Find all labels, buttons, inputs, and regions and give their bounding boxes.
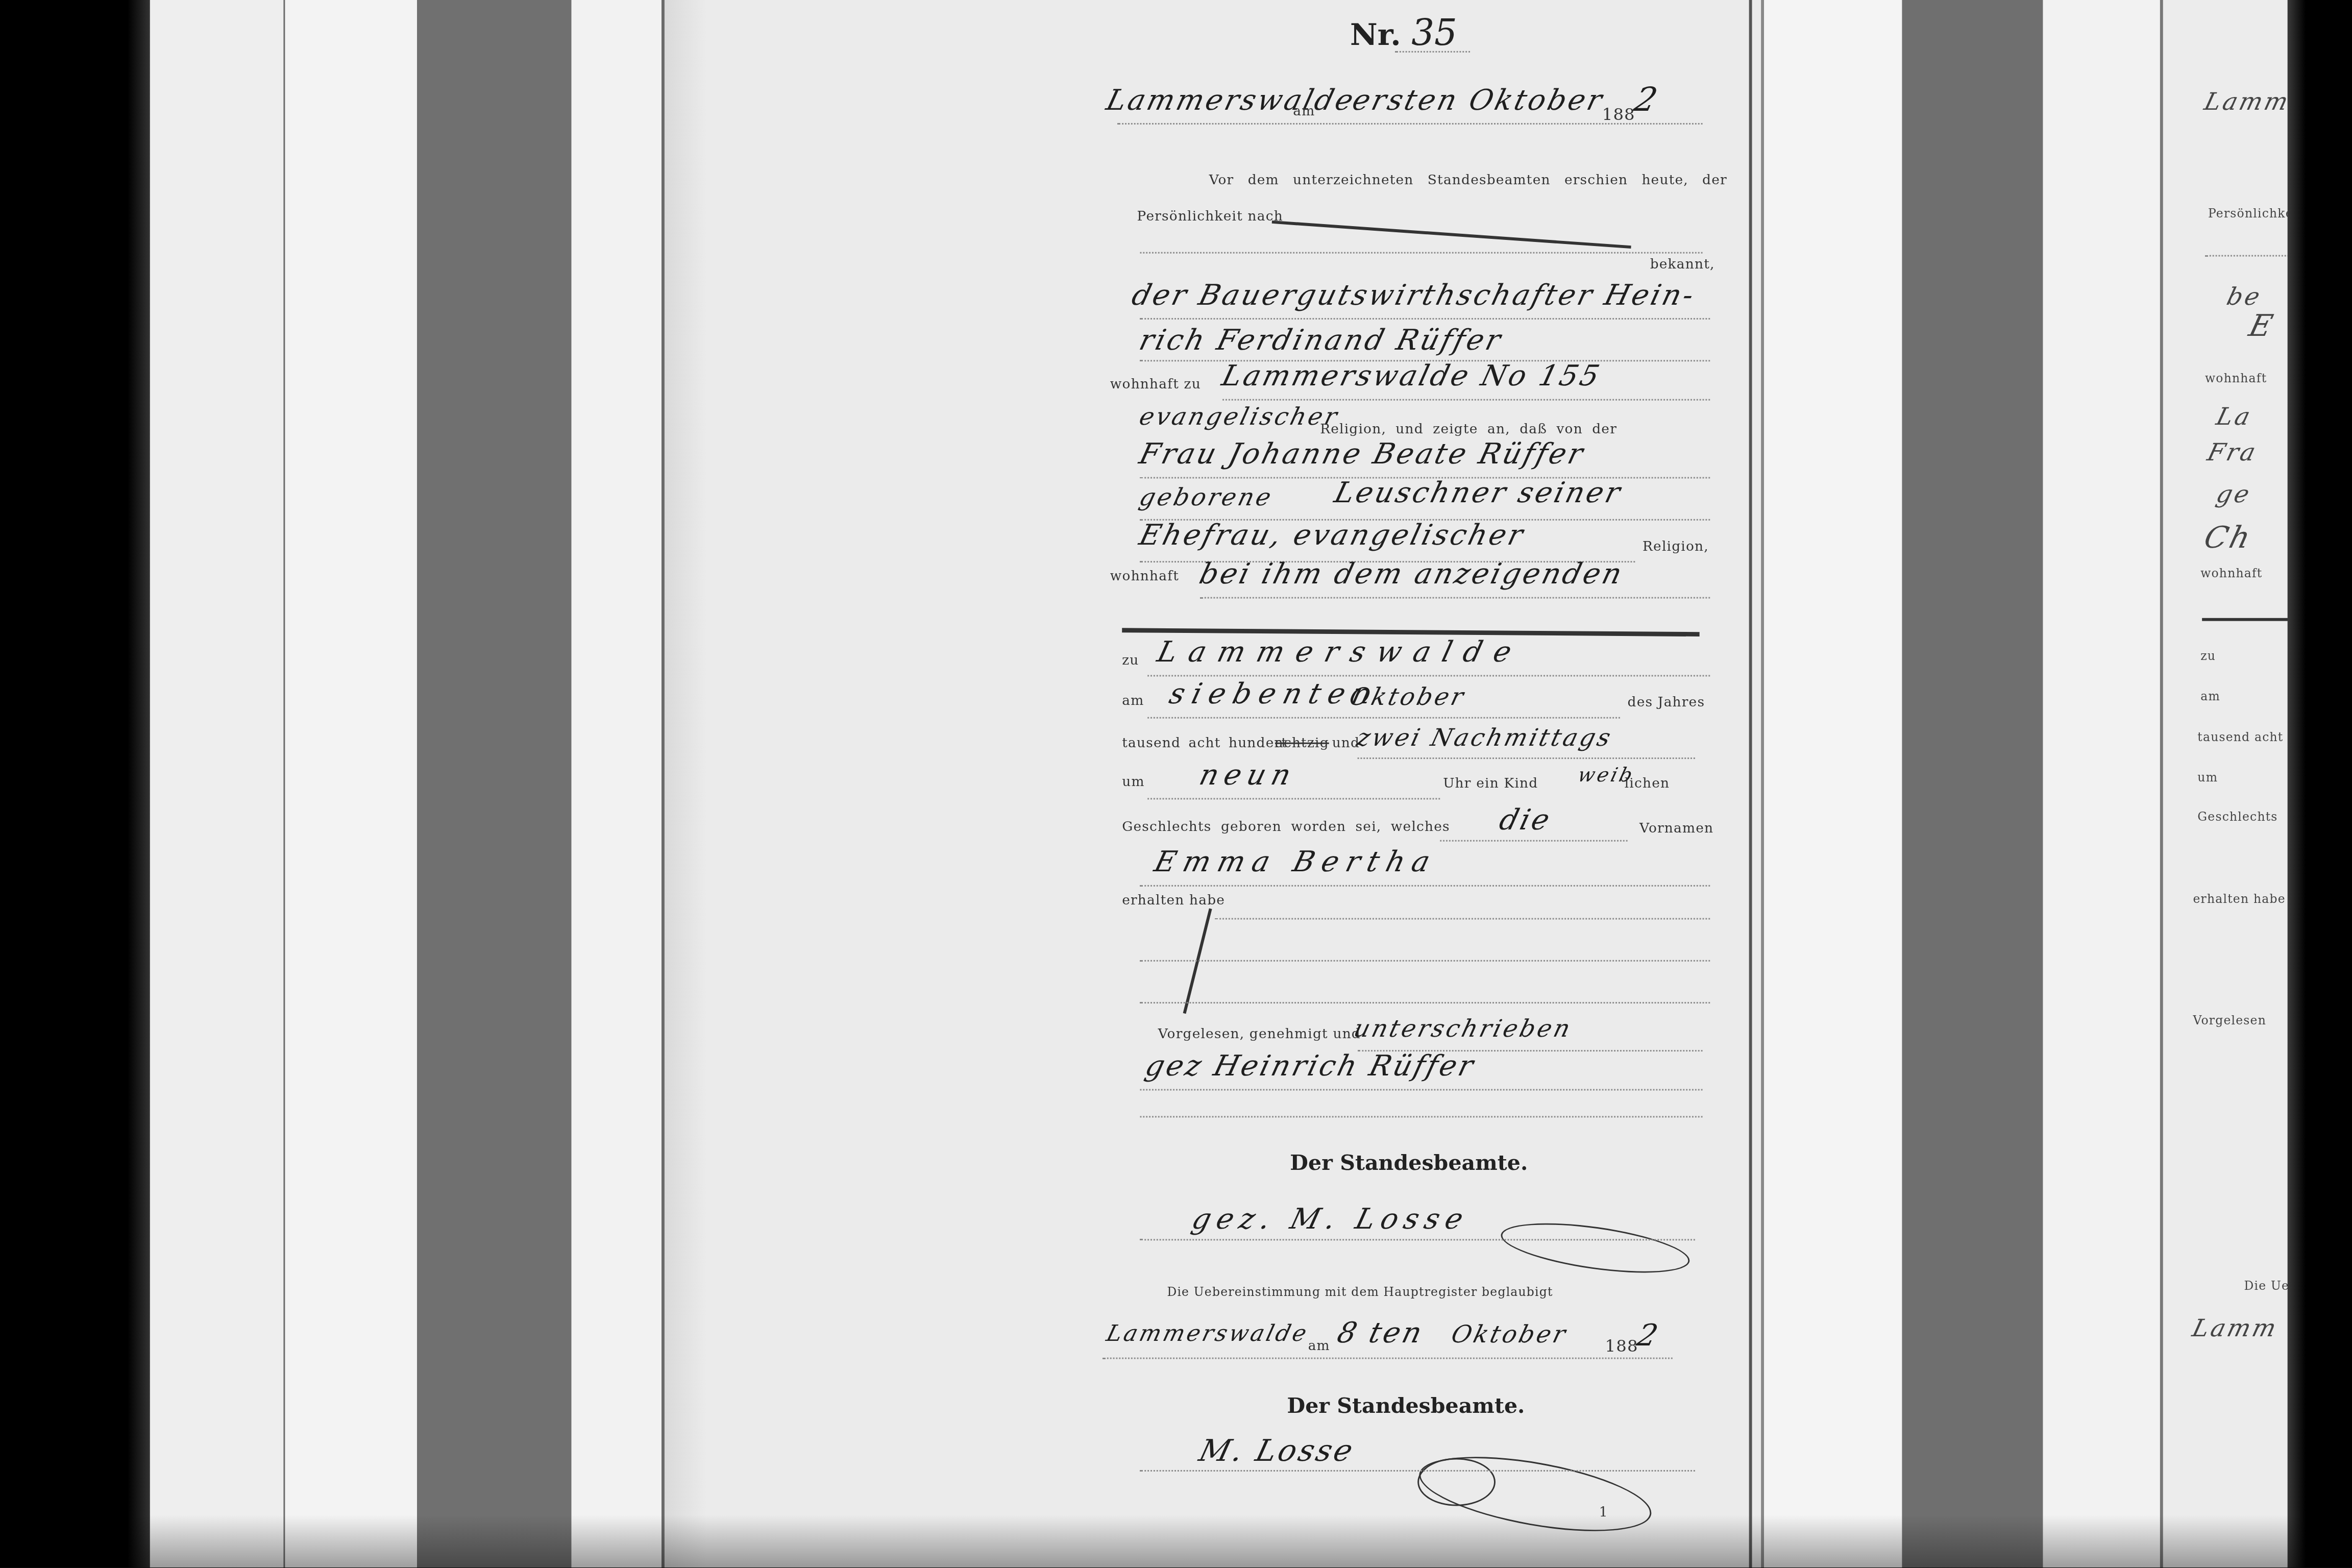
page-margin-strip bbox=[1764, 0, 1902, 1567]
year-words-value: zwei Nachmittags bbox=[1354, 723, 1616, 752]
adjacent-hand-fragment: ge bbox=[2214, 480, 2255, 508]
religion-value: evangelischer bbox=[1137, 402, 1342, 431]
header-date: ersten Oktober bbox=[1349, 84, 1608, 117]
identity-label: Persönlichkeit nach bbox=[1137, 210, 1283, 225]
year-words-label: tausend acht hundert bbox=[1122, 737, 1287, 751]
gutter-band-left bbox=[417, 0, 572, 1567]
rule bbox=[1200, 597, 1710, 599]
cert-year-prefix: 188 bbox=[1605, 1336, 1638, 1356]
cert-place: Lammerswalde bbox=[1104, 1320, 1311, 1347]
adjacent-label: wohnhaft bbox=[2200, 567, 2262, 580]
gender-line: Geschlechts geboren worden sei, welches bbox=[1122, 821, 1450, 836]
signature-loop bbox=[1417, 1458, 1496, 1506]
registrar-title-1: Der Standesbeamte. bbox=[1290, 1152, 1528, 1176]
informant-line-1: der Bauergutswirthschafter Hein- bbox=[1129, 279, 1699, 312]
mother-religion-label: Religion, bbox=[1643, 540, 1709, 555]
page-right-edge-2 bbox=[1761, 0, 1763, 1567]
page-margin-strip bbox=[285, 0, 417, 1567]
adjacent-label: erhalten habe bbox=[2193, 893, 2286, 906]
rule bbox=[1140, 1116, 1702, 1117]
identity-end: bekannt, bbox=[1650, 258, 1715, 273]
certification-text: Die Uebereinstimmung mit dem Hauptregist… bbox=[1167, 1286, 1553, 1299]
rule bbox=[1215, 918, 1710, 920]
rule bbox=[1140, 1470, 1695, 1472]
page-margin-strip bbox=[572, 0, 661, 1567]
adjacent-label: Die Ue bbox=[2244, 1280, 2289, 1293]
given-names-value: Emma Bertha bbox=[1151, 846, 1441, 879]
rule bbox=[2205, 255, 2295, 257]
adjacent-label: Vorgelesen bbox=[2193, 1014, 2266, 1027]
mother-residence-label: wohnhaft bbox=[1110, 570, 1179, 585]
adjacent-hand-fragment: Ch bbox=[2200, 519, 2256, 555]
rule bbox=[1140, 1239, 1695, 1240]
header-place: Lammerswalde bbox=[1103, 84, 1359, 117]
rule bbox=[1147, 675, 1710, 676]
registrar-title-2: Der Standesbeamte. bbox=[1287, 1395, 1525, 1419]
rule bbox=[1140, 1089, 1702, 1091]
page-margin-strip bbox=[2043, 0, 2160, 1567]
residence-value: Lammerswalde No 155 bbox=[1218, 360, 1605, 393]
page-left-edge bbox=[661, 0, 664, 1567]
mother-line-2a: geborene bbox=[1137, 483, 1277, 511]
adjacent-page-edge bbox=[2160, 0, 2162, 1567]
section-divider bbox=[2202, 618, 2295, 621]
adjacent-label: zu bbox=[2200, 650, 2216, 663]
film-edge-right bbox=[2288, 0, 2352, 1567]
record-number-label: Nr. bbox=[1350, 16, 1401, 53]
year-words-struck: achtzig bbox=[1275, 737, 1329, 751]
given-names-article: die bbox=[1496, 804, 1555, 837]
time-label: um bbox=[1122, 775, 1144, 790]
rule bbox=[1222, 399, 1710, 401]
rule bbox=[1147, 717, 1620, 719]
informant-signature: gez Heinrich Rüffer bbox=[1142, 1050, 1479, 1083]
rule bbox=[1140, 1002, 1710, 1003]
mother-line-1: Frau Johanne Beate Rüffer bbox=[1136, 438, 1588, 471]
cert-am: am bbox=[1308, 1339, 1330, 1354]
adjacent-hand-fragment: Lamm bbox=[2190, 1314, 2282, 1342]
underline bbox=[1395, 51, 1470, 53]
rule bbox=[1358, 757, 1695, 759]
rule bbox=[1102, 1358, 1673, 1359]
film-edge-left bbox=[0, 0, 150, 1567]
rule bbox=[1117, 123, 1702, 125]
registrar-signature-1: gez. M. Losse bbox=[1188, 1203, 1472, 1236]
time-value: neun bbox=[1196, 759, 1300, 792]
read-label: Vorgelesen, genehmigt und bbox=[1158, 1027, 1361, 1042]
adjacent-label: wohnhaft bbox=[2205, 372, 2267, 385]
given-names-label: Vornamen bbox=[1639, 822, 1713, 837]
read-value: unterschrieben bbox=[1351, 1014, 1576, 1043]
registrar-signature-2: M. Losse bbox=[1195, 1433, 1359, 1469]
record-number: Nr. 35 bbox=[1350, 12, 1457, 54]
header-am: am bbox=[1293, 105, 1315, 120]
rule bbox=[1140, 960, 1710, 962]
birthdate-label: am bbox=[1122, 695, 1144, 709]
gutter-band-right bbox=[1902, 0, 2043, 1567]
received-label: erhalten habe bbox=[1122, 894, 1225, 909]
informant-line-2: rich Ferdinand Rüffer bbox=[1136, 324, 1506, 357]
page-shadow bbox=[661, 0, 706, 1567]
record-number-value: 35 bbox=[1411, 12, 1457, 54]
sex-suffix: lichen bbox=[1625, 777, 1670, 792]
intro-line: Vor dem unterzeichneten Standesbeamten e… bbox=[1209, 174, 1727, 189]
page-margin-strip bbox=[150, 0, 285, 1567]
microfilm-frame: Nr. 35 Lammerswalde am ersten Oktober 18… bbox=[0, 0, 2352, 1567]
adjacent-header-fragment: Lamm bbox=[2201, 87, 2293, 115]
mother-residence-value: bei ihm dem anzeigenden bbox=[1196, 558, 1627, 591]
adjacent-label: um bbox=[2197, 771, 2218, 785]
cert-month: Oktober bbox=[1449, 1320, 1571, 1349]
rule bbox=[1440, 840, 1627, 842]
cert-day: 8 ten bbox=[1334, 1317, 1427, 1350]
mother-line-3: Ehefrau, evangelischer bbox=[1136, 519, 1528, 552]
rule bbox=[1140, 318, 1710, 320]
adjacent-label: Geschlechts bbox=[2197, 810, 2277, 823]
page-right-edge bbox=[1749, 0, 1752, 1567]
birthplace-label: zu bbox=[1122, 654, 1139, 669]
birthdate-month: Oktober bbox=[1346, 682, 1468, 711]
adjacent-label: tausend acht bbox=[2197, 730, 2283, 744]
header-year-prefix: 188 bbox=[1602, 105, 1635, 125]
birthdate-year-label: des Jahres bbox=[1628, 696, 1705, 711]
mother-line-2b: Leuschner seiner bbox=[1331, 477, 1625, 510]
adjacent-hand-fragment: Fra bbox=[2204, 438, 2261, 467]
birthplace-value: Lammerswalde bbox=[1154, 636, 1527, 669]
adjacent-hand-fragment: be bbox=[2224, 282, 2265, 310]
adjacent-label: am bbox=[2200, 690, 2220, 703]
rule bbox=[1140, 885, 1710, 887]
adjacent-hand-fragment: La bbox=[2214, 402, 2256, 431]
vignette bbox=[0, 1515, 2352, 1567]
rule bbox=[1140, 252, 1702, 254]
rule bbox=[1147, 798, 1440, 799]
time-label-2: Uhr ein Kind bbox=[1443, 777, 1538, 792]
residence-label: wohnhaft zu bbox=[1110, 378, 1201, 393]
religion-label: Religion, und zeigte an, daß von der bbox=[1320, 423, 1617, 438]
